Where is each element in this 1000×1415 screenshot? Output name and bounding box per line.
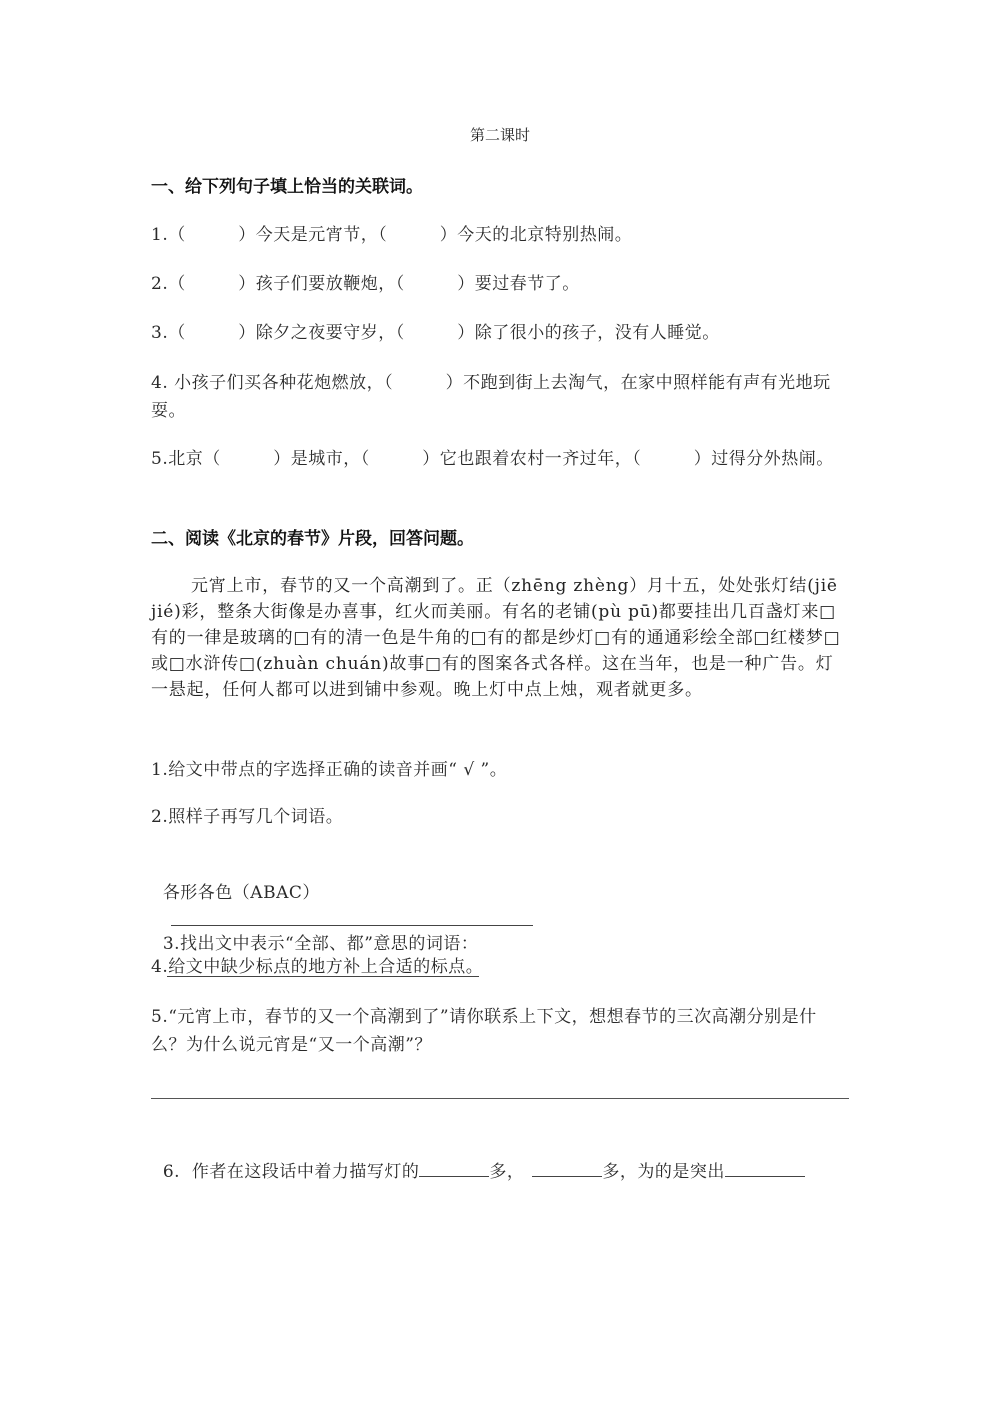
- question-2-6-part1: 6. 作者在这段话中着力描写灯的: [163, 1162, 420, 1182]
- section2-heading: 二、阅读《北京的春节》片段，回答问题。: [151, 524, 851, 549]
- question-2-4: 4.给文中缺少标点的地方补上合适的标点。: [151, 953, 851, 981]
- question-1-4: 4. 小孩子们买各种花炮燃放，（ ）不跑到街上去淘气，在家中照样能有声有光地玩耍…: [151, 369, 851, 425]
- q6-blank-3[interactable]: [725, 1158, 805, 1177]
- question-1-5: 5.北京（ ）是城市，（ ）它也跟着农村一齐过年，（ ）过得分外热闹。: [151, 445, 851, 473]
- question-2-6-row: 6. 作者在这段话中着力描写灯的多，多，为的是突出: [151, 1130, 851, 1186]
- question-2-6-part3: 多，为的是突出: [602, 1162, 725, 1182]
- question-2-1: 1.给文中带点的字选择正确的读音并画“ √ ”。: [151, 756, 851, 784]
- q6-blank-1[interactable]: [419, 1158, 489, 1177]
- question-2-3-label: 3.找出文中表示“全部、都”意思的词语：: [163, 934, 479, 954]
- question-2-5: 5.“元宵上市，春节的又一个高潮到了”请你联系上下文，想想春节的三次高潮分别是什…: [151, 1003, 851, 1059]
- q6-blank-2[interactable]: [532, 1158, 602, 1177]
- answer-line-q5[interactable]: [151, 1098, 849, 1099]
- question-2-2: 2.照样子再写几个词语。: [151, 803, 851, 831]
- abac-example-label: 各形各色（ABAC）: [163, 883, 320, 903]
- question-1-3: 3.（ ）除夕之夜要守岁，（ ）除了很小的孩子，没有人睡觉。: [151, 319, 851, 347]
- lesson-title: 第二课时: [0, 124, 1000, 145]
- reading-passage: 元宵上市，春节的又一个高潮到了。正（zhēng zhèng）月十五，处处张灯结(…: [151, 573, 851, 703]
- question-1-2: 2.（ ）孩子们要放鞭炮，（ ）要过春节了。: [151, 270, 851, 298]
- question-2-6-part2: 多，: [489, 1162, 524, 1182]
- section1-heading: 一、给下列句子填上恰当的关联词。: [151, 172, 851, 197]
- question-1-1: 1.（ ）今天是元宵节，（ ）今天的北京特别热闹。: [151, 221, 851, 249]
